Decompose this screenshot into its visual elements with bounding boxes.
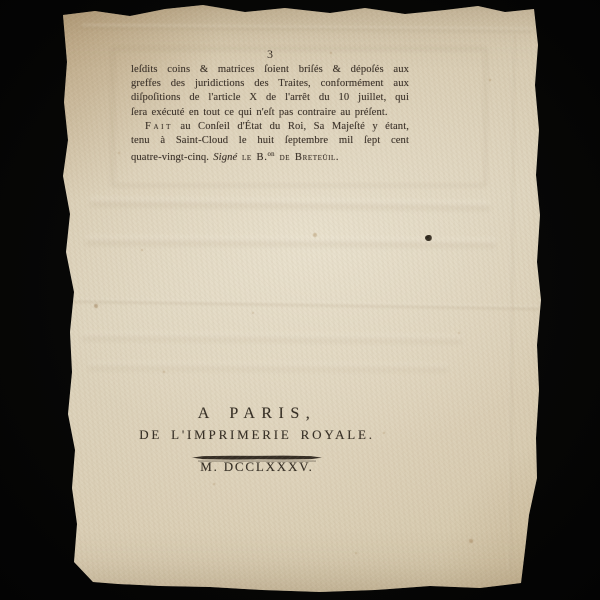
photo-background: 3 leſdits coins & matrices ſoient briſés…	[0, 0, 600, 600]
imprint-year-line: M. DCCLXXXV.	[104, 460, 410, 474]
body-text: leſdits coins & matrices ſoient briſés &…	[131, 63, 409, 165]
text-line: diſpoſitions de l'article X de l'arrêt d…	[131, 91, 409, 105]
text-line: leſdits coins & matrices ſoient briſés &…	[131, 63, 409, 77]
page-number: 3	[131, 47, 409, 61]
foxing-specks	[0, 0, 2, 2]
text-line: quatre-vingt-cinq. Signé le B.on de Bret…	[131, 148, 409, 165]
imprint-publisher-line: DE L'IMPRIMERIE ROYALE.	[104, 428, 410, 442]
paper-crease-right	[507, 35, 515, 570]
text-line: ſera exécuté en tout ce qui n'eſt pas co…	[131, 106, 409, 120]
swelled-rule-ornament	[192, 449, 322, 456]
ink-spot	[425, 235, 432, 241]
imprint-city-line: A PARIS,	[104, 405, 410, 422]
emboss-band	[88, 361, 448, 372]
paper-crease-top	[82, 24, 532, 32]
text-line: tenu à Saint-Cloud le huit ſeptembre mil…	[131, 134, 409, 148]
paper-crease-middle	[64, 298, 539, 309]
text-line: Fait au Conſeil d'État du Roi, Sa Majeſt…	[131, 120, 409, 134]
document-page: 3 leſdits coins & matrices ſoient briſés…	[0, 0, 600, 600]
emboss-band	[82, 331, 462, 343]
imprint-block: A PARIS, DE L'IMPRIMERIE ROYALE. M. DCCL…	[104, 405, 410, 474]
emboss-band	[90, 197, 490, 210]
emboss-band	[86, 236, 496, 248]
text-line: greffes des juridictions des Traites, co…	[131, 77, 409, 91]
